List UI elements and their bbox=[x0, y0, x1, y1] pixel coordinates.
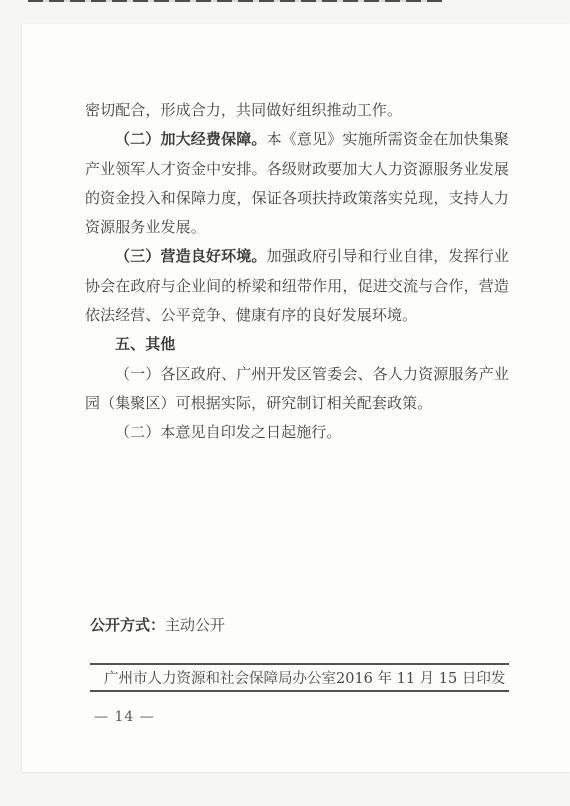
body-paragraph: （一）各区政府、广州开发区管委会、各人力资源服务产业园（集聚区）可根据实际，研究… bbox=[85, 360, 509, 419]
disclosure-line: 公开方式：主动公开 bbox=[90, 611, 225, 640]
issuing-office: 广州市人力资源和社会保障局办公室 bbox=[104, 667, 336, 688]
scan-top-edge-artifact bbox=[28, 0, 442, 2]
disclosure-label: 公开方式： bbox=[90, 616, 165, 634]
disclosure-value: 主动公开 bbox=[165, 616, 225, 634]
section-heading: 五、其他 bbox=[85, 330, 509, 359]
scanned-document-page: 密切配合，形成合力，共同做好组织推动工作。 （二）加大经费保障。本《意见》实施所… bbox=[0, 0, 570, 806]
paragraph-lead: （三）营造良好环境。 bbox=[115, 247, 267, 265]
body-paragraph: （二）本意见自印发之日起施行。 bbox=[85, 418, 509, 447]
paragraph-text: （二）本意见自印发之日起施行。 bbox=[115, 423, 342, 441]
print-date: 2016 年 11 月 15 日印发 bbox=[336, 667, 505, 688]
page-number: — 14 — bbox=[94, 709, 155, 725]
section-heading-text: 五、其他 bbox=[115, 335, 175, 353]
document-body: 密切配合，形成合力，共同做好组织推动工作。 （二）加大经费保障。本《意见》实施所… bbox=[85, 96, 509, 448]
body-paragraph: （二）加大经费保障。本《意见》实施所需资金在加快集聚产业领军人才资金中安排。各级… bbox=[85, 125, 509, 242]
paragraph-text: （一）各区政府、广州开发区管委会、各人力资源服务产业园（集聚区）可根据实际，研究… bbox=[85, 365, 509, 412]
paragraph-lead: （二）加大经费保障。 bbox=[115, 130, 267, 148]
body-paragraph: 密切配合，形成合力，共同做好组织推动工作。 bbox=[85, 96, 509, 125]
footer-issuance-bar: 广州市人力资源和社会保障局办公室 2016 年 11 月 15 日印发 bbox=[90, 663, 509, 692]
paragraph-text: 密切配合，形成合力，共同做好组织推动工作。 bbox=[85, 101, 402, 119]
body-paragraph: （三）营造良好环境。加强政府引导和行业自律，发挥行业协会在政府与企业间的桥梁和纽… bbox=[85, 242, 509, 330]
